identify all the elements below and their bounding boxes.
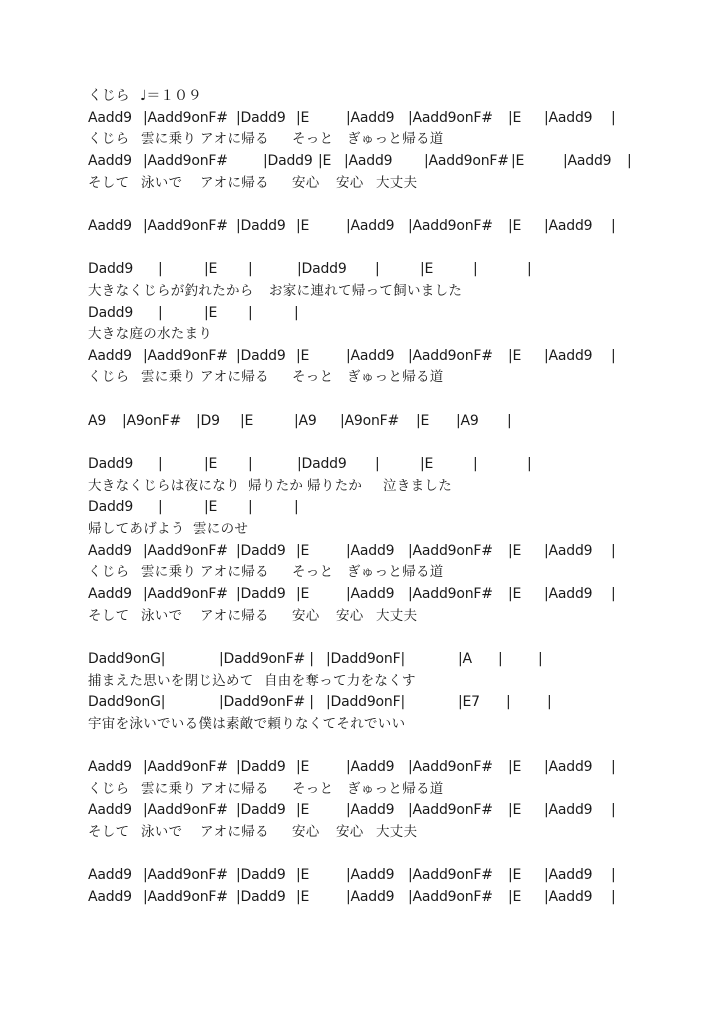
- chord-segment: |E: [296, 888, 309, 906]
- chord-line: Aadd9|Aadd9onF#|Dadd9|E|Aadd9|Aadd9onF#|…: [0, 888, 723, 910]
- lyric-segment: ぎゅっと帰る道: [347, 780, 444, 798]
- chord-segment: |Dadd9: [236, 542, 286, 560]
- chord-segment: |E: [296, 758, 309, 776]
- lyric-segment: お家に連れて帰って飼いました: [269, 282, 462, 300]
- lyric-segment: 安心: [292, 174, 320, 192]
- chord-segment: |E: [511, 152, 524, 170]
- lyric-segment: 安心: [336, 823, 364, 841]
- chord-line: Aadd9|Aadd9onF#|Dadd9|E|Aadd9|Aadd9onF#|…: [0, 866, 723, 888]
- chord-segment: Aadd9: [88, 109, 132, 127]
- chord-segment: |: [611, 888, 616, 906]
- chord-segment: Dadd9onG|: [88, 693, 165, 711]
- chord-segment: |Aadd9: [346, 109, 394, 127]
- chord-segment: |: [611, 585, 616, 603]
- lyric-segment: そっと: [292, 368, 333, 386]
- lyric-segment: アオに帰る: [200, 607, 269, 625]
- chord-segment: |E: [204, 455, 217, 473]
- chord-segment: |Aadd9: [544, 217, 592, 235]
- lyric-segment: そして: [88, 174, 129, 192]
- lyric-segment: くじら: [88, 368, 129, 386]
- chord-line: Aadd9|Aadd9onF#|Dadd9|E|Aadd9|Aadd9onF#|…: [0, 758, 723, 780]
- chord-segment: |Dadd9: [236, 866, 286, 884]
- chord-line: A9|A9onF#|D9|E|A9|A9onF#|E|A9|: [0, 412, 723, 434]
- chord-segment: |Aadd9onF#: [143, 109, 228, 127]
- chord-segment: Dadd9: [88, 455, 133, 473]
- chord-segment: |: [611, 866, 616, 884]
- chord-segment: Dadd9onG|: [88, 650, 165, 668]
- lyric-segment: そっと: [292, 780, 333, 798]
- chord-sheet-page: くじら♩＝１０９Aadd9|Aadd9onF#|Dadd9|E|Aadd9|Aa…: [0, 0, 723, 1024]
- lyric-line: 大きなくじらが釣れたからお家に連れて帰って飼いました: [0, 282, 723, 304]
- lyric-segment: 泣きました: [383, 477, 452, 495]
- chord-segment: |: [375, 260, 380, 278]
- chord-segment: |E: [296, 585, 309, 603]
- chord-line: Dadd9||E||: [0, 498, 723, 520]
- lyric-segment: そして: [88, 823, 129, 841]
- chord-segment: Dadd9: [88, 304, 133, 322]
- chord-segment: |: [627, 152, 632, 170]
- chord-line: Aadd9|Aadd9onF#|Dadd9|E|Aadd9|Aadd9onF#|…: [0, 542, 723, 564]
- chord-segment: |A: [458, 650, 472, 668]
- chord-segment: |: [473, 455, 478, 473]
- chord-segment: |: [248, 260, 253, 278]
- chord-segment: |: [498, 650, 503, 668]
- lyric-line: そして泳いでアオに帰る安心安心大丈夫: [0, 607, 723, 629]
- chord-segment: Dadd9: [88, 260, 133, 278]
- chord-segment: |: [158, 498, 163, 516]
- chord-segment: |Dadd9: [297, 455, 347, 473]
- chord-segment: |: [611, 217, 616, 235]
- chord-line: Dadd9onG||Dadd9onF# ||Dadd9onF||E7||: [0, 693, 723, 715]
- chord-segment: |E: [508, 758, 521, 776]
- chord-segment: |E: [508, 888, 521, 906]
- lyric-line: 捕まえた思いを閉じ込めて自由を奪って力をなくす: [0, 672, 723, 694]
- lyric-segment: アオに帰る: [200, 368, 269, 386]
- chord-segment: |E: [416, 412, 429, 430]
- blank-line: [0, 845, 723, 867]
- chord-segment: |Dadd9: [297, 260, 347, 278]
- lyric-segment: 帰りたか: [248, 477, 303, 495]
- lyric-segment: 帰りたか: [307, 477, 362, 495]
- chord-segment: |E: [508, 585, 521, 603]
- chord-segment: |: [611, 347, 616, 365]
- chord-segment: |E: [508, 866, 521, 884]
- lyric-line: くじら雲に乗りアオに帰るそっとぎゅっと帰る道: [0, 563, 723, 585]
- lyric-segment: アオに帰る: [200, 780, 269, 798]
- lyric-segment: 雲にのせ: [193, 520, 248, 538]
- chord-segment: |Aadd9: [544, 866, 592, 884]
- chord-segment: |: [294, 498, 299, 516]
- chord-segment: |: [158, 304, 163, 322]
- chord-segment: |D9: [196, 412, 220, 430]
- chord-segment: |A9onF#: [340, 412, 399, 430]
- lyric-segment: 泳いで: [141, 823, 182, 841]
- chord-segment: |Aadd9: [346, 888, 394, 906]
- lyric-line: くじら雲に乗りアオに帰るそっとぎゅっと帰る道: [0, 780, 723, 802]
- chord-segment: |: [611, 758, 616, 776]
- chord-segment: |E: [204, 304, 217, 322]
- chord-segment: |Dadd9onF# |: [219, 693, 314, 711]
- lyric-segment: 雲に乗り: [141, 780, 196, 798]
- chord-segment: |: [294, 304, 299, 322]
- chord-segment: |Aadd9: [346, 542, 394, 560]
- chord-segment: Aadd9: [88, 217, 132, 235]
- lyric-segment: くじら: [88, 130, 129, 148]
- lyric-segment: ぎゅっと帰る道: [347, 130, 444, 148]
- lyric-segment: 雲に乗り: [141, 130, 196, 148]
- lyric-segment: そっと: [292, 130, 333, 148]
- chord-segment: |Aadd9onF#: [143, 888, 228, 906]
- chord-segment: |Dadd9: [236, 347, 286, 365]
- chord-segment: |Aadd9onF#: [143, 801, 228, 819]
- lyric-line: 大きな庭の水たまり: [0, 325, 723, 347]
- chord-segment: |E: [240, 412, 253, 430]
- lyric-segment: そっと: [292, 563, 333, 581]
- lyric-segment: ぎゅっと帰る道: [347, 563, 444, 581]
- chord-segment: |Dadd9: [236, 109, 286, 127]
- chord-segment: |E: [318, 152, 331, 170]
- chord-segment: |E: [508, 801, 521, 819]
- chord-segment: |Aadd9: [544, 109, 592, 127]
- lyric-segment: くじら: [88, 563, 129, 581]
- chord-segment: |Aadd9: [346, 801, 394, 819]
- chord-segment: A9: [88, 412, 106, 430]
- lyric-segment: アオに帰る: [200, 563, 269, 581]
- blank-line: [0, 433, 723, 455]
- chord-segment: |Dadd9: [236, 217, 286, 235]
- lyric-line: 宇宙を泳いでいる僕は素敵で頼りなくてそれでいい: [0, 715, 723, 737]
- chord-segment: |E: [508, 109, 521, 127]
- chord-segment: |Aadd9onF#: [408, 109, 493, 127]
- chord-segment: |Aadd9onF#: [408, 866, 493, 884]
- chord-segment: |Aadd9: [346, 866, 394, 884]
- chord-segment: |Dadd9onF# |: [219, 650, 314, 668]
- chord-segment: |E: [420, 455, 433, 473]
- chord-segment: |: [527, 260, 532, 278]
- lyric-segment: 安心: [292, 607, 320, 625]
- chord-segment: |E: [296, 801, 309, 819]
- tempo-marking: ♩＝１０９: [140, 87, 202, 105]
- lyric-segment: アオに帰る: [200, 130, 269, 148]
- chord-segment: |: [611, 109, 616, 127]
- chord-segment: |A9: [294, 412, 317, 430]
- lyric-segment: 自由を奪って力をなくす: [264, 672, 416, 690]
- chord-segment: |Aadd9: [344, 152, 392, 170]
- lyric-segment: そして: [88, 607, 129, 625]
- lyric-segment: 大きなくじらが釣れたから: [88, 282, 254, 300]
- chord-line: Aadd9|Aadd9onF#|Dadd9|E|Aadd9|Aadd9onF#|…: [0, 152, 723, 174]
- chord-segment: |: [538, 650, 543, 668]
- chord-line: Aadd9|Aadd9onF#|Dadd9|E|Aadd9|Aadd9onF#|…: [0, 801, 723, 823]
- chord-segment: |: [611, 542, 616, 560]
- lyric-segment: アオに帰る: [200, 174, 269, 192]
- lyric-segment: 大きなくじらは夜になり: [88, 477, 240, 495]
- lyric-segment: 安心: [336, 607, 364, 625]
- chord-segment: Dadd9: [88, 498, 133, 516]
- chord-segment: Aadd9: [88, 758, 132, 776]
- lyric-segment: 雲に乗り: [141, 563, 196, 581]
- lyric-segment: 泳いで: [141, 174, 182, 192]
- chord-segment: Aadd9: [88, 801, 132, 819]
- chord-line: Aadd9|Aadd9onF#|Dadd9|E|Aadd9|Aadd9onF#|…: [0, 585, 723, 607]
- chord-segment: |Aadd9: [346, 758, 394, 776]
- chord-segment: |Dadd9: [236, 801, 286, 819]
- chord-segment: |Aadd9onF#: [143, 217, 228, 235]
- lyric-segment: 大きな庭の水たまり: [88, 325, 212, 343]
- chord-segment: |E: [204, 260, 217, 278]
- chord-segment: |E: [296, 866, 309, 884]
- lyric-segment: くじら: [88, 780, 129, 798]
- chord-segment: |Dadd9: [236, 585, 286, 603]
- chord-segment: |Aadd9onF#: [143, 585, 228, 603]
- chord-segment: |: [158, 455, 163, 473]
- chord-segment: |Dadd9: [263, 152, 313, 170]
- chord-segment: |: [248, 498, 253, 516]
- chord-line: Aadd9|Aadd9onF#|Dadd9|E|Aadd9|Aadd9onF#|…: [0, 217, 723, 239]
- chord-segment: |Aadd9onF#: [408, 542, 493, 560]
- chord-line: Aadd9|Aadd9onF#|Dadd9|E|Aadd9|Aadd9onF#|…: [0, 109, 723, 131]
- chord-segment: |Aadd9: [346, 347, 394, 365]
- chord-segment: |Dadd9: [236, 888, 286, 906]
- chord-segment: |Aadd9onF#: [408, 347, 493, 365]
- chord-segment: |A9onF#: [122, 412, 181, 430]
- chord-segment: |Aadd9: [544, 758, 592, 776]
- chord-segment: |Aadd9onF#: [408, 888, 493, 906]
- chord-segment: |Aadd9: [346, 217, 394, 235]
- chord-segment: |Aadd9onF#: [408, 585, 493, 603]
- blank-line: [0, 628, 723, 650]
- chord-segment: |Aadd9onF#: [143, 152, 228, 170]
- lyric-segment: 帰してあげよう: [88, 520, 185, 538]
- chord-segment: |Aadd9onF#: [143, 542, 228, 560]
- chord-segment: Aadd9: [88, 152, 132, 170]
- chord-segment: |E7: [458, 693, 480, 711]
- chord-segment: |: [473, 260, 478, 278]
- chord-segment: |E: [508, 217, 521, 235]
- lyric-line: くじら雲に乗りアオに帰るそっとぎゅっと帰る道: [0, 368, 723, 390]
- lyric-segment: 安心: [292, 823, 320, 841]
- chord-segment: |Aadd9: [544, 542, 592, 560]
- chord-segment: |: [611, 801, 616, 819]
- lyric-segment: 泳いで: [141, 607, 182, 625]
- chord-segment: |Aadd9: [544, 347, 592, 365]
- blank-line: [0, 195, 723, 217]
- chord-segment: |E: [420, 260, 433, 278]
- chord-segment: |: [507, 412, 512, 430]
- chord-segment: |Aadd9: [544, 888, 592, 906]
- chord-segment: |E: [204, 498, 217, 516]
- lyric-line: くじら雲に乗りアオに帰るそっとぎゅっと帰る道: [0, 130, 723, 152]
- lyric-segment: 宇宙を泳いでいる僕は素敵で頼りなくてそれでいい: [88, 715, 405, 733]
- lyric-line: 大きなくじらは夜になり帰りたか帰りたか泣きました: [0, 477, 723, 499]
- chord-segment: |: [248, 304, 253, 322]
- chord-segment: Aadd9: [88, 866, 132, 884]
- chord-segment: |Aadd9: [544, 801, 592, 819]
- chord-segment: Aadd9: [88, 888, 132, 906]
- chord-segment: |Aadd9onF#: [408, 801, 493, 819]
- chord-segment: |Dadd9: [236, 758, 286, 776]
- chord-segment: |E: [296, 109, 309, 127]
- lyric-segment: アオに帰る: [200, 823, 269, 841]
- chord-segment: |Aadd9: [346, 585, 394, 603]
- chord-segment: |: [506, 693, 511, 711]
- chord-segment: |Aadd9onF#: [143, 758, 228, 776]
- lyric-line: そして泳いでアオに帰る安心安心大丈夫: [0, 823, 723, 845]
- chord-segment: |Aadd9onF#: [143, 347, 228, 365]
- lyric-segment: 大丈夫: [376, 823, 417, 841]
- chord-segment: |: [527, 455, 532, 473]
- chord-line: Dadd9||E||Dadd9||E||: [0, 455, 723, 477]
- lyric-line: 帰してあげよう雲にのせ: [0, 520, 723, 542]
- chord-segment: |A9: [456, 412, 479, 430]
- chord-line: Dadd9onG||Dadd9onF# ||Dadd9onF||A||: [0, 650, 723, 672]
- chord-segment: |: [375, 455, 380, 473]
- chord-segment: |Dadd9onF|: [326, 650, 405, 668]
- chord-segment: |E: [508, 347, 521, 365]
- chord-segment: |Aadd9onF#: [143, 866, 228, 884]
- chord-segment: |: [248, 455, 253, 473]
- chord-segment: |Aadd9onF#: [408, 217, 493, 235]
- chord-segment: Aadd9: [88, 585, 132, 603]
- song-title: くじら: [88, 87, 129, 105]
- lyric-segment: 捕まえた思いを閉じ込めて: [88, 672, 254, 690]
- blank-line: [0, 239, 723, 261]
- lyric-segment: ぎゅっと帰る道: [347, 368, 444, 386]
- chord-segment: |Aadd9onF#: [424, 152, 509, 170]
- chord-segment: |Dadd9onF|: [326, 693, 405, 711]
- lyric-segment: 雲に乗り: [141, 368, 196, 386]
- chord-segment: Aadd9: [88, 347, 132, 365]
- chord-segment: |E: [296, 217, 309, 235]
- chord-line: Aadd9|Aadd9onF#|Dadd9|E|Aadd9|Aadd9onF#|…: [0, 347, 723, 369]
- chord-segment: |Aadd9: [544, 585, 592, 603]
- chord-line: Dadd9||E||: [0, 304, 723, 326]
- lyric-segment: 安心: [336, 174, 364, 192]
- lyric-segment: 大丈夫: [376, 174, 417, 192]
- blank-line: [0, 390, 723, 412]
- chord-segment: |Aadd9onF#: [408, 758, 493, 776]
- chord-segment: |E: [296, 542, 309, 560]
- chord-segment: |E: [508, 542, 521, 560]
- chord-segment: |: [547, 693, 552, 711]
- chord-segment: |: [158, 260, 163, 278]
- chord-segment: |E: [296, 347, 309, 365]
- lyric-segment: 大丈夫: [376, 607, 417, 625]
- lyric-line: そして泳いでアオに帰る安心安心大丈夫: [0, 174, 723, 196]
- song-title-line: くじら♩＝１０９: [0, 87, 723, 109]
- chord-segment: Aadd9: [88, 542, 132, 560]
- chord-line: Dadd9||E||Dadd9||E||: [0, 260, 723, 282]
- blank-line: [0, 737, 723, 759]
- chord-segment: |Aadd9: [563, 152, 611, 170]
